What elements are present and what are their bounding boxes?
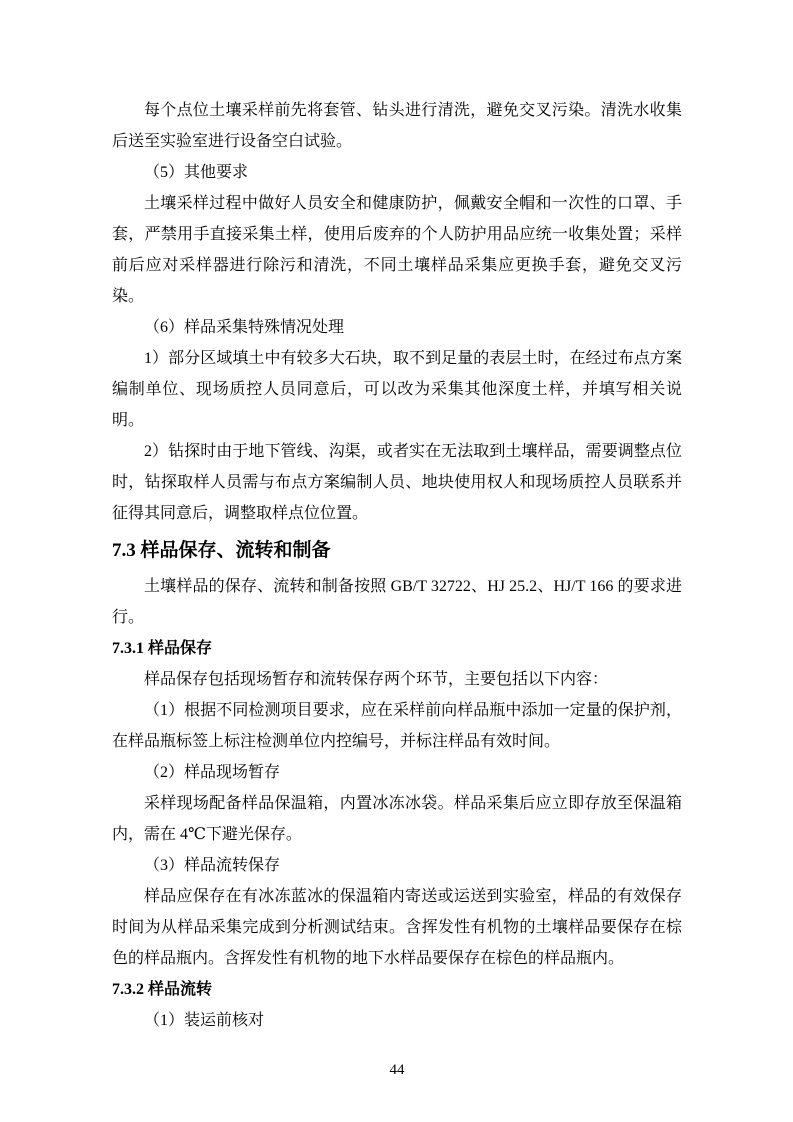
paragraph: 样品应保存在有冰冻蓝冰的保温箱内寄送或运送到实验室，样品的有效保存时间为从样品采…: [112, 881, 682, 974]
list-item-6-heading: （6）样品采集特殊情况处理: [112, 312, 682, 343]
list-item-2-heading: （2）样品现场暂存: [112, 757, 682, 788]
numbered-item-2: 2）钻探时由于地下管线、沟渠，或者实在无法取到土壤样品，需要调整点位时，钻探取样…: [112, 436, 682, 529]
list-item-1-heading: （1）装运前核对: [112, 1005, 682, 1036]
paragraph: 土壤样品的保存、流转和制备按照 GB/T 32722、HJ 25.2、HJ/T …: [112, 571, 682, 633]
list-item-1: （1）根据不同检测项目要求，应在采样前向样品瓶中添加一定量的保护剂，在样品瓶标签…: [112, 695, 682, 757]
paragraph: 样品保存包括现场暂存和流转保存两个环节，主要包括以下内容：: [112, 664, 682, 695]
document-page: 每个点位土壤采样前先将套管、钻头进行清洗，避免交叉污染。清洗水收集后送至实验室进…: [0, 0, 793, 1122]
list-item-5-heading: （5）其他要求: [112, 157, 682, 188]
paragraph: 采样现场配备样品保温箱，内置冰冻冰袋。样品采集后应立即存放至保温箱内，需在 4℃…: [112, 788, 682, 850]
page-number: 44: [112, 1060, 682, 1080]
paragraph: 土壤采样过程中做好人员安全和健康防护，佩戴安全帽和一次性的口罩、手套，严禁用手直…: [112, 188, 682, 312]
paragraph: 每个点位土壤采样前先将套管、钻头进行清洗，避免交叉污染。清洗水收集后送至实验室进…: [112, 95, 682, 157]
section-heading-7-3-2: 7.3.2 样品流转: [112, 974, 682, 1005]
list-item-3-heading: （3）样品流转保存: [112, 850, 682, 881]
section-heading-7-3: 7.3 样品保存、流转和制备: [112, 535, 682, 567]
section-heading-7-3-1: 7.3.1 样品保存: [112, 633, 682, 664]
numbered-item-1: 1）部分区域填土中有较多大石块，取不到足量的表层土时，在经过布点方案编制单位、现…: [112, 343, 682, 436]
